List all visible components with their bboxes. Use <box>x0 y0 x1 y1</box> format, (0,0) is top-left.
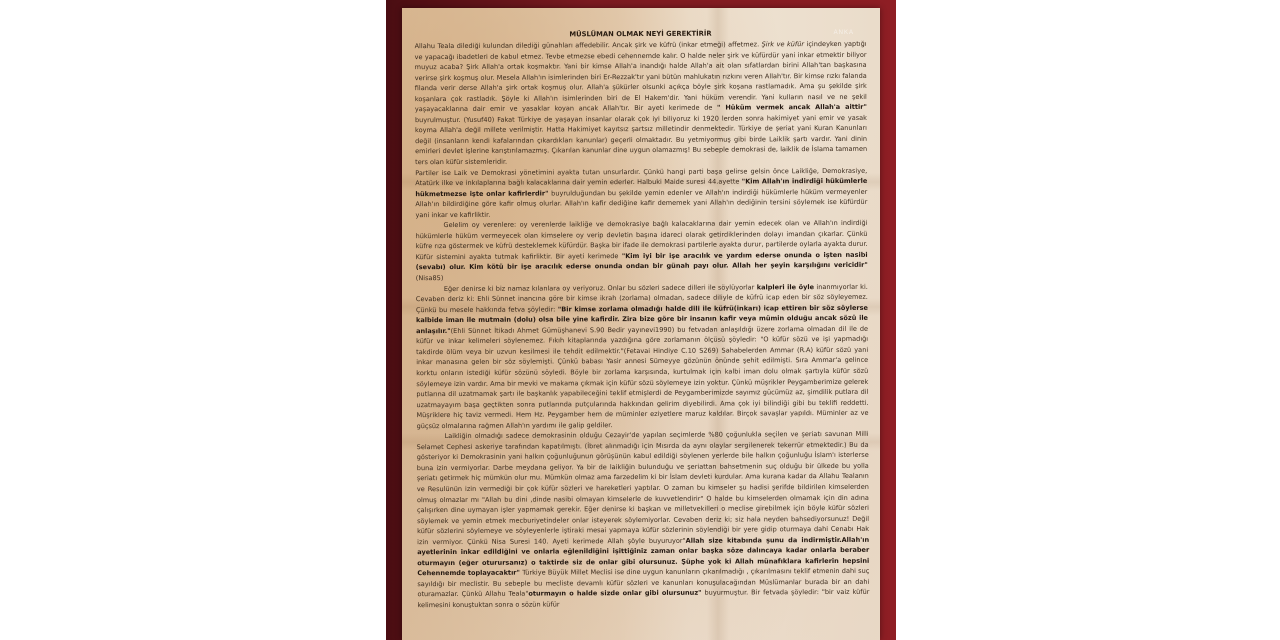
paragraph: Eğer denirse ki biz namaz kılanlara oy v… <box>416 281 869 431</box>
paragraph: Gelelim oy verenlere: oy verenlerde laik… <box>415 218 867 284</box>
paragraph: Partiler ise Laik ve Demokrasi yönetimin… <box>415 165 867 220</box>
paragraph-text: buyrulmuştur. (Yusuf40) Fakat Türkiye de… <box>415 114 867 167</box>
printed-page: ANKA MÜSLÜMAN OLMAK NEYİ GEREKTİRİR Alla… <box>402 8 880 640</box>
paragraph-text: Eğer denirse ki biz namaz kılanlara oy v… <box>444 283 757 293</box>
paragraph-text: Laikliğin olmadığı sadece demokrasinin o… <box>417 430 869 546</box>
document-photo: ANKA MÜSLÜMAN OLMAK NEYİ GEREKTİRİR Alla… <box>386 0 896 640</box>
document-body: MÜSLÜMAN OLMAK NEYİ GEREKTİRİR Allahu Te… <box>414 28 869 611</box>
paragraph-text: (Ehli Sünnet İtikadı Ahmet Gümüşhanevi S… <box>416 325 868 430</box>
paragraph-text: (Nisa85) <box>416 274 444 282</box>
emphasized-quote: kalpleri ile öyle <box>757 283 814 291</box>
paragraph: Laikliğin olmadığı sadece demokrasinin o… <box>417 429 870 611</box>
emphasized-quote: oturmayın o halde sizde onlar gibi olurs… <box>528 589 701 598</box>
emphasized-quote: " Hüküm vermek ancak Allah'a aittir" <box>717 103 867 112</box>
paragraph-text: Şirk ve küfür <box>762 40 804 48</box>
paragraph-text: Allahu Teala dilediği kulundan dilediği … <box>415 40 762 50</box>
paragraph-list: Allahu Teala dilediği kulundan dilediği … <box>415 39 870 611</box>
paragraph: Allahu Teala dilediği kulundan dilediği … <box>415 39 868 168</box>
